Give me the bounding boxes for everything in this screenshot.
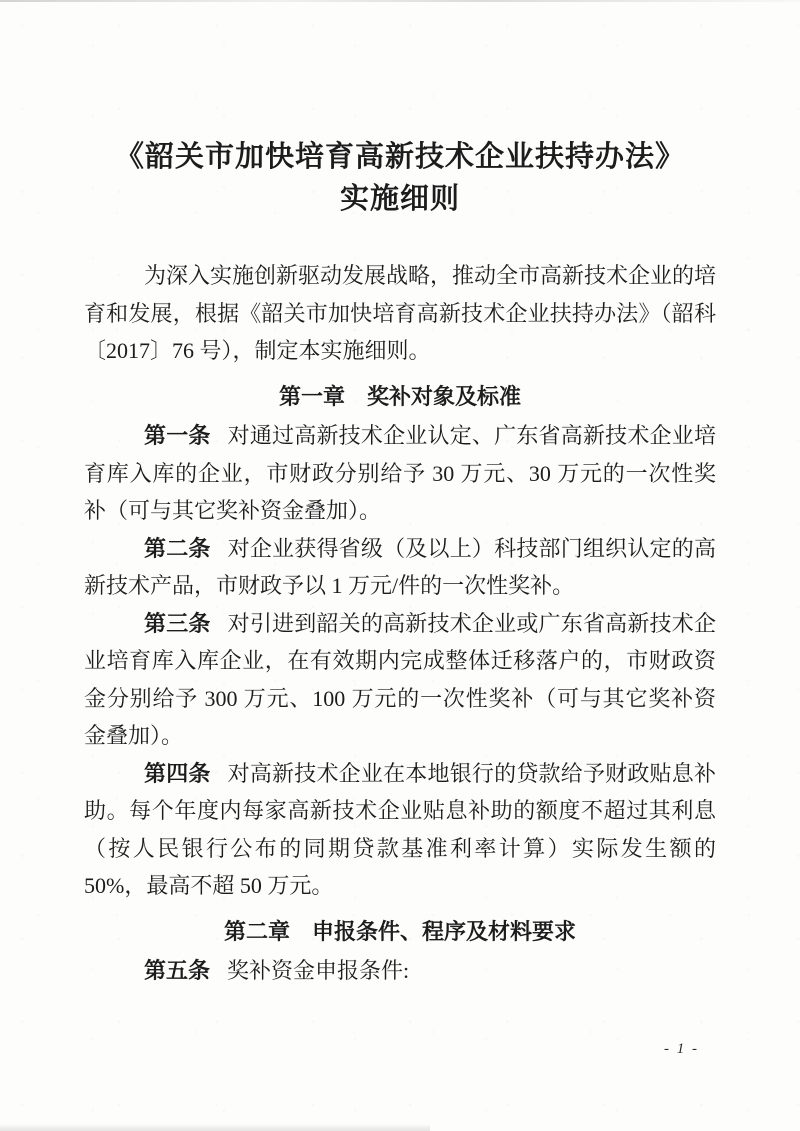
document-title-line2: 实施细则 <box>340 183 460 215</box>
intro-paragraph: 为深入实施创新驱动发展战略，推动全市高新技术企业的培育和发展，根据《韶关市加快培… <box>84 257 716 370</box>
article-4-label: 第四条 <box>144 761 211 786</box>
chapter-1-heading: 第一章 奖补对象及标准 <box>84 378 716 416</box>
article-1: 第一条对通过高新技术企业认定、广东省高新技术企业培育库入库的企业，市财政分别给予… <box>84 417 716 530</box>
article-5-text: 奖补资金申报条件: <box>227 958 409 983</box>
article-5-label: 第五条 <box>144 958 210 983</box>
article-4: 第四条对高新技术企业在本地银行的贷款给予财政贴息补助。每个年度内每家高新技术企业… <box>84 755 716 905</box>
document-title-line1: 《韶关市加快培育高新技术企业扶持办法》 <box>115 141 685 173</box>
scan-artifact-bottom-edge <box>0 1124 430 1131</box>
article-3: 第三条对引进到韶关的高新技术企业或广东省高新技术企业培育库入库企业，在有效期内完… <box>84 605 716 755</box>
document-title: 《韶关市加快培育高新技术企业扶持办法》 实施细则 <box>84 136 716 220</box>
article-5: 第五条奖补资金申报条件: <box>84 952 716 990</box>
article-2-label: 第二条 <box>144 536 211 561</box>
scan-artifact-top-edge <box>0 0 800 2</box>
page-number: - 1 - <box>664 1041 699 1058</box>
chapter-2-heading: 第二章 申报条件、程序及材料要求 <box>84 913 716 951</box>
article-3-label: 第三条 <box>144 611 211 636</box>
document-page: 《韶关市加快培育高新技术企业扶持办法》 实施细则 为深入实施创新驱动发展战略，推… <box>0 0 800 1131</box>
document-content: 《韶关市加快培育高新技术企业扶持办法》 实施细则 为深入实施创新驱动发展战略，推… <box>84 136 716 990</box>
article-2: 第二条对企业获得省级（及以上）科技部门组织认定的高新技术产品，市财政予以 1 万… <box>84 530 716 605</box>
article-1-label: 第一条 <box>144 423 211 448</box>
